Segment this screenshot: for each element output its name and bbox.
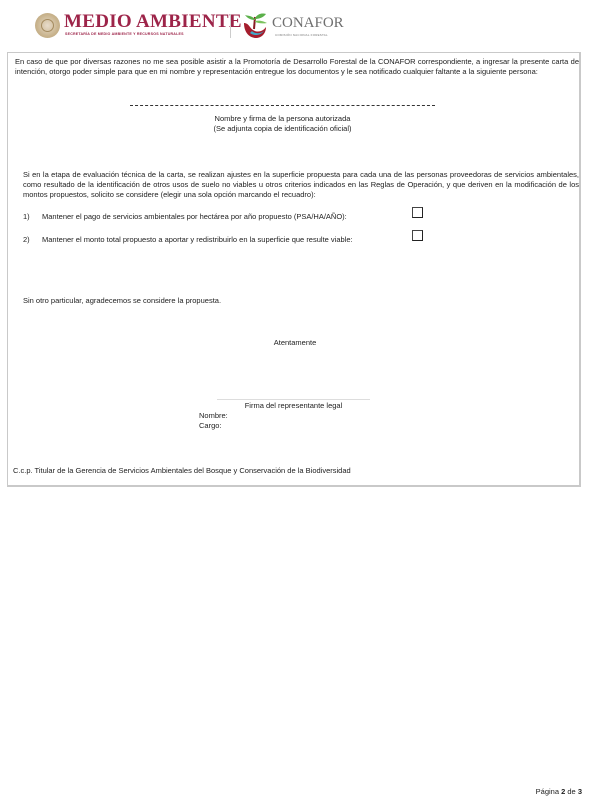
option-2-number: 2): [23, 235, 30, 245]
conafor-subtitle: COMISIÓN NACIONAL FORESTAL: [275, 33, 328, 37]
semarnat-subtitle: SECRETARÍA DE MEDIO AMBIENTE Y RECURSOS …: [65, 32, 184, 36]
national-seal-icon: [35, 13, 60, 38]
option-1-text: Mantener el pago de servicios ambientale…: [42, 212, 347, 222]
option-2-checkbox[interactable]: [412, 230, 423, 241]
authorized-signature-line: [130, 105, 435, 106]
page-separator: de: [567, 787, 575, 796]
name-label: Nombre:: [199, 411, 228, 421]
semarnat-title: MEDIO AMBIENTE: [64, 11, 242, 33]
regards-text: Atentamente: [200, 338, 390, 348]
position-label: Cargo:: [199, 421, 222, 431]
ccp-line: C.c.p. Titular de la Gerencia de Servici…: [13, 466, 351, 476]
page-number: Página 2 de 3: [510, 787, 582, 797]
authorized-signature-note: (Se adjunta copia de identificación ofic…: [130, 124, 435, 134]
conafor-tree-icon: [240, 11, 270, 39]
page-prefix: Página: [536, 787, 559, 796]
legal-signature-label: Firma del representante legal: [217, 401, 370, 411]
option-1-checkbox[interactable]: [412, 207, 423, 218]
document-header: MEDIO AMBIENTE SECRETARÍA DE MEDIO AMBIE…: [0, 0, 589, 50]
header-divider: [230, 14, 231, 38]
option-1-number: 1): [23, 212, 30, 222]
legal-signature-line: [217, 399, 370, 400]
intro-paragraph: En caso de que por diversas razones no m…: [15, 57, 579, 77]
adjustment-paragraph: Si en la etapa de evaluación técnica de …: [23, 170, 579, 200]
conafor-title: CONAFOR: [272, 15, 344, 32]
current-page: 2: [561, 787, 565, 796]
authorized-signature-label: Nombre y firma de la persona autorizada: [130, 114, 435, 124]
option-2-text: Mantener el monto total propuesto a apor…: [42, 235, 353, 245]
closing-sentence: Sin otro particular, agradecemos se cons…: [23, 296, 221, 306]
total-pages: 3: [578, 787, 582, 796]
